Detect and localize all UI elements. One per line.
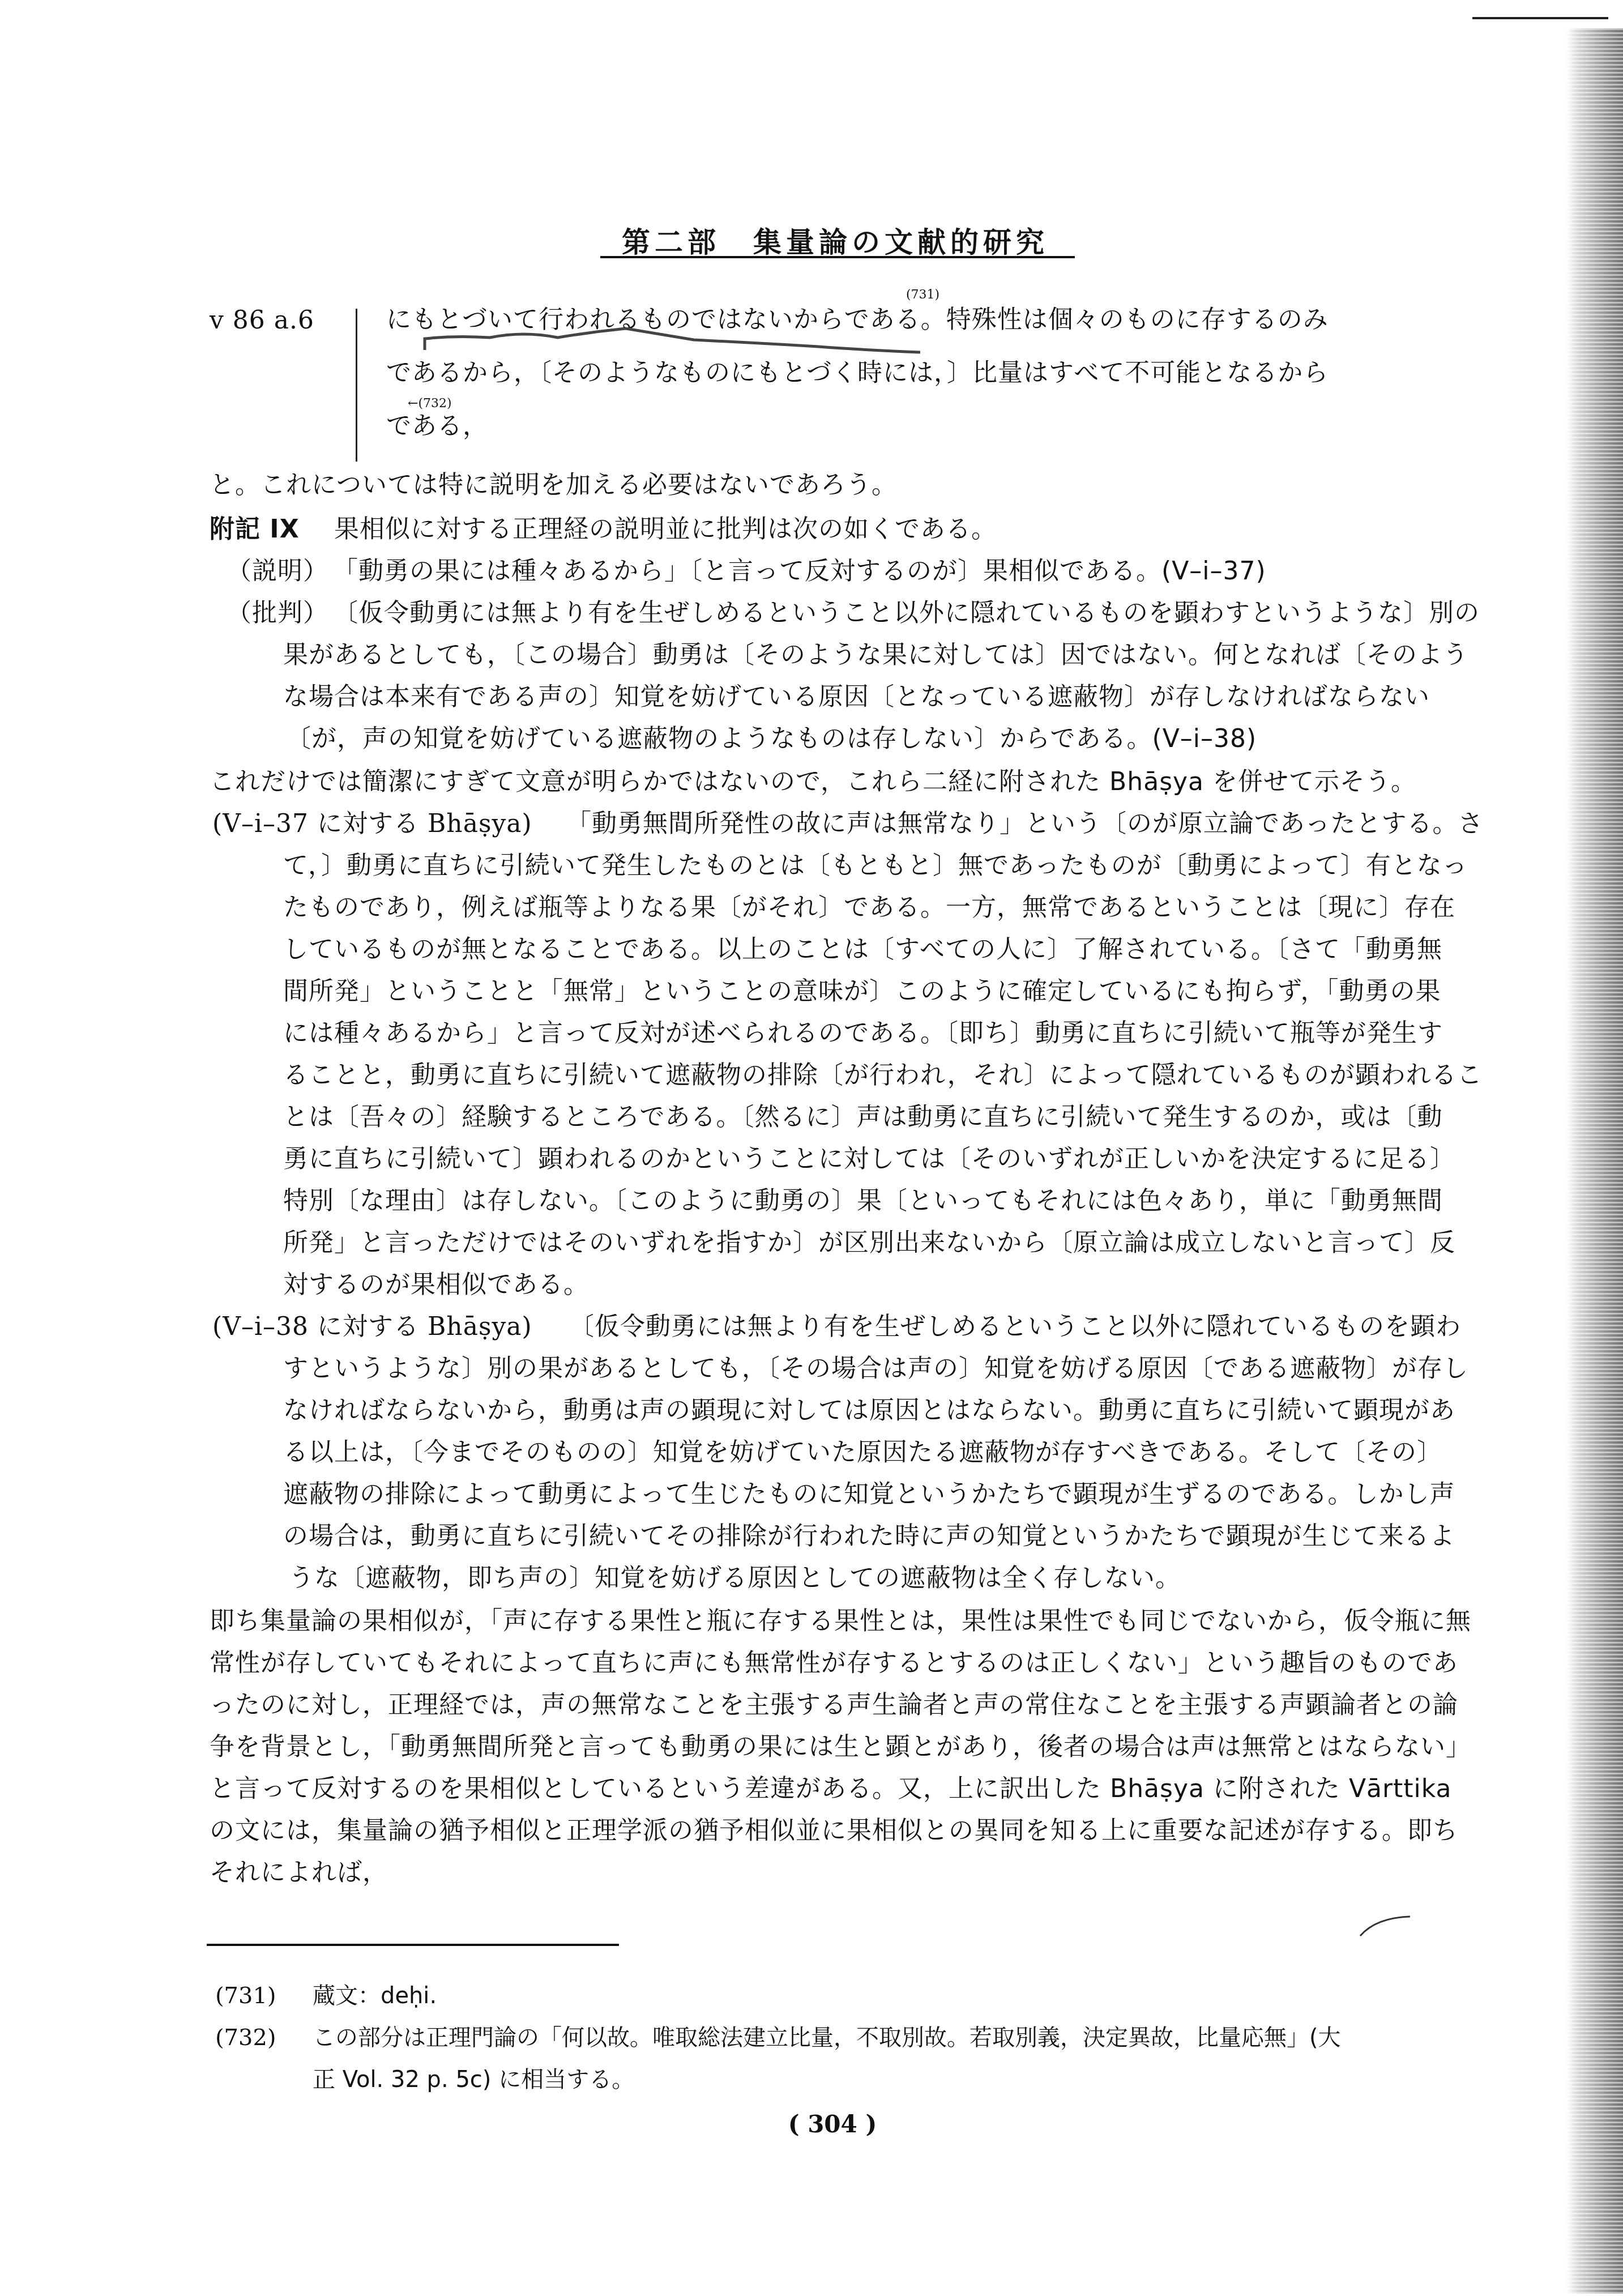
explanation-text: 「動勇の果には種々あるから」〔と言って反対するのが〕果相似である。(V–i–37… <box>333 550 1266 592</box>
conclusion-line-7: それによれば， <box>210 1852 388 1894</box>
scanned-page: 第二部 集量論の文献的研究 v 86 a.6 (731) ←(732) にもとづ… <box>0 0 1623 2296</box>
bhasya-38-line-4: る以上は，〔今までそのものの〕知覚を妨げていた原因たる遮蔽物が存すべきである。そ… <box>283 1432 1442 1474</box>
conclusion-line-6: の文には，集量論の猶予相似と正理学派の猶予相似並に果相似との異同を知る上に重要な… <box>210 1810 1458 1852</box>
footnote-731-text: 蔵文：deḥi. <box>313 1978 437 2014</box>
page-number: ( 304 ) <box>787 2110 878 2138</box>
pencil-mark <box>1359 1914 1416 1937</box>
critique-line-3: な場合は本来有である声の〕知覚を妨げている原因〔となっている遮蔽物〕が存しなけれ… <box>283 676 1430 718</box>
running-header-rule <box>600 256 1075 258</box>
footnote-732-number: (732) <box>215 2020 276 2056</box>
margin-reference-label: v 86 a.6 <box>210 306 314 335</box>
margin-reference-bar <box>356 309 357 462</box>
footnote-732-line-2: 正 Vol. 32 p. 5c) に相当する。 <box>313 2062 634 2098</box>
scan-edge-shadow <box>1566 28 1623 2294</box>
footnote-731-number: (731) <box>215 1978 276 2014</box>
conclusion-line-1: 即ち集量論の果相似が，「声に存する果性と瓶に存する果性とは，果性は果性でも同じで… <box>210 1601 1471 1642</box>
conclusion-line-5: と言って反対するのを果相似としているという差違がある。又，上に訳出した Bhāṣ… <box>210 1768 1451 1810</box>
bhasya-38-label: (V–i–38 に対する Bhāṣya) <box>212 1306 532 1348</box>
footnote-732-line-1: この部分は正理門論の「何以故。唯取総法建立比量，不取別故。若取別義，決定異故，比… <box>313 2020 1341 2056</box>
bhasya-38-line-6: の場合は，動勇に直ちに引続いてその排除が行われた時に声の知覚というかたちで顕現が… <box>283 1516 1455 1557</box>
conclusion-line-4: 争を背景とし，「動勇無間所発と言っても動勇の果には生と顕とがあり，後者の場合は声… <box>210 1726 1471 1768</box>
bhasya-37-line-9: 勇に直ちに引続いて〕顕われるのかということに対しては〔そのいずれが正しいかを決定… <box>283 1138 1455 1180</box>
bhasya-37-label: (V–i–37 に対する Bhāṣya) <box>212 803 532 845</box>
critique-line-2: 果があるとしても，〔この場合〕動勇は〔そのような果に対しては〕因ではない。何とな… <box>283 634 1468 676</box>
bhasya-38-line-5: 遮蔽物の排除によって動勇によって生じたものに知覚というかたちで顕現が生ずるのであ… <box>283 1474 1455 1516</box>
bhasya-37-line-8: とは〔吾々の〕経験するところである。〔然るに〕声は動勇に直ちに引続いて発生するの… <box>283 1096 1443 1138</box>
bhasya-38-line-7: うな〔遮蔽物，即ち声の〕知覚を妨げる原因としての遮蔽物は全く存しない。 <box>289 1557 1181 1599</box>
appendix-heading: 果相似に対する正理経の説明並に批判は次の如くである。 <box>334 509 997 550</box>
explanation-label: （説明） <box>227 550 328 592</box>
bhasya-37-line-4: しているものが無となることである。以上のことは〔すべての人に〕了解されている。〔… <box>283 929 1442 971</box>
bhasya-38-line-1: 〔仮令動勇には無より有を生ぜしめるということ以外に隠れているものを顕わ <box>569 1306 1461 1348</box>
critique-line-1: 〔仮令動勇には無より有を生ぜしめるということ以外に隠れているものを顕わすというよ… <box>333 592 1480 634</box>
bhasya-37-line-5: 間所発」ということと「無常」ということの意味が〕このように確定しているにも拘らず… <box>283 971 1441 1013</box>
bhasya-37-line-11: 所発」と言っただけではそのいずれを指すか〕が区別出来ないから〔原立論は成立しない… <box>283 1222 1455 1264</box>
footnote-separator <box>207 1944 619 1946</box>
bhasya-37-line-3: たものであり，例えば瓶等よりなる果〔がそれ〕である。一方，無常であるということは… <box>283 887 1455 929</box>
bhasya-38-line-2: すというような〕別の果があるとしても，〔その場合は声の〕知覚を妨げる原因〔である… <box>283 1348 1468 1390</box>
intro-paragraph: と。これについては特に説明を加える必要はないであろう。 <box>210 464 897 506</box>
bhasya-38-line-3: なければならないから，動勇は声の顕現に対しては原因とはならない。動勇に直ちに引続… <box>283 1390 1455 1432</box>
critique-label: （批判） <box>227 592 328 634</box>
appendix-label: 附記 IX <box>210 509 300 550</box>
scan-edge-rule <box>1472 17 1608 19</box>
running-header: 第二部 集量論の文献的研究 <box>600 220 1070 261</box>
reference-line-2: であるから，〔そのようなものにもとづく時には，〕比量はすべて不可能となるから <box>386 352 1329 394</box>
bhasya-37-line-10: 特別〔な理由〕は存しない。〔このように動勇の〕果〔といってもそれには色々あり，単… <box>283 1180 1443 1222</box>
critique-line-4: 〔が，声の知覚を妨げている遮蔽物のようなものは存しない〕からである。(V–i–3… <box>286 718 1257 760</box>
conclusion-line-3: ったのに対し，正理経では，声の無常なことを主張する声生論者と声の常住なことを主張… <box>210 1684 1458 1726</box>
bhasya-intro: これだけでは簡潔にすぎて文意が明らかではないので，これら二経に附された Bhāṣ… <box>210 761 1416 803</box>
reference-line-3: である， <box>386 406 488 447</box>
bhasya-37-line-1: 「動勇無間所発性の故に声は無常なり」という〔のが原立論であったとする。さ <box>566 803 1484 845</box>
conclusion-line-2: 常性が存していてもそれによって直ちに声にも無常性が存するとするのは正しくない」と… <box>210 1642 1458 1684</box>
bhasya-37-line-7: ることと，動勇に直ちに引続いて遮蔽物の排除〔が行われ，それ〕によって隠れているも… <box>283 1055 1483 1096</box>
bhasya-37-line-6: には種々あるから」と言って反対が述べられるのである。〔即ち〕動勇に直ちに引続いて… <box>283 1013 1443 1055</box>
bhasya-37-line-2: て，〕動勇に直ちに引続いて発生したものとは〔もともと〕無であったものが〔動勇によ… <box>283 845 1468 887</box>
bhasya-37-line-12: 対するのが果相似である。 <box>283 1264 589 1306</box>
